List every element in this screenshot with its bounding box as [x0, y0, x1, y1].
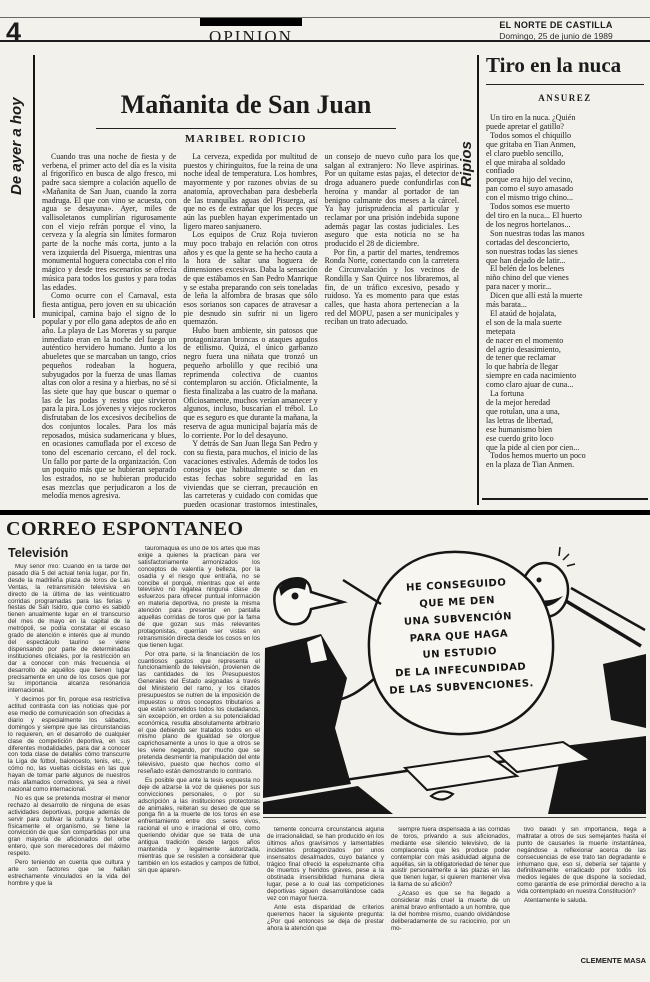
letter-paragraph: Ante esta disparidad de criterios querem… [267, 905, 384, 933]
letter-paragraph: temente concurra circunstancia alguna de… [267, 827, 384, 903]
article-paragraph: Cuando tras una noche de fiesta y de ver… [42, 153, 176, 292]
article-byline: MARIBEL RODICIO [45, 134, 447, 145]
letter-paragraph: siempre fuera dispensada a las corridas … [391, 827, 510, 889]
opinion-bar [200, 18, 302, 26]
article-paragraph: Como ocurre con el Carnaval, esta fiesta… [42, 292, 176, 501]
poem-bottom-rule [482, 498, 648, 500]
poem-text: Un tiro en la nuca. ¿Quién puede apretar… [486, 114, 648, 470]
cartoon-left-figure [263, 578, 351, 798]
left-vertical-rule [33, 55, 35, 318]
article-kicker: De ayer a hoy [8, 60, 25, 195]
letter-column-3: temente concurra circunstancia alguna de… [267, 827, 384, 976]
letter-paragraph: Por otra parte, si la financiación de lo… [138, 652, 260, 776]
letter-paragraph: ¿Acaso es que se ha llegado a considerar… [391, 891, 510, 932]
article-paragraph: La cerveza, expedida por multitud de pue… [183, 153, 317, 231]
letter-paragraph: Pero teniendo en cuenta que cultura y ar… [8, 860, 130, 888]
article-paragraph: Los equipos de Cruz Roja tuvieron muy po… [183, 231, 317, 327]
correo-section-title: CORREO ESPONTANEO [6, 518, 244, 541]
letter-column-1: Muy señor mío: Cuando en la tarde del pa… [8, 564, 130, 976]
editorial-cartoon: HE CONSEGUIDO QUE ME DEN UNA SUBVENCIÓN … [263, 546, 646, 814]
section-title: OPINION [200, 27, 302, 47]
header-bottom-rule [0, 40, 650, 42]
poem-title-rule [486, 84, 644, 85]
cartoon-speech-bubble: HE CONSEGUIDO QUE ME DEN UNA SUBVENCIÓN … [327, 552, 553, 734]
newspaper-page: 4 OPINION EL NORTE DE CASTILLA Domingo, … [0, 0, 650, 982]
poem-title: Tiro en la nuca [486, 55, 648, 76]
article-paragraph: Hubo buen ambiente, sin patosos que prot… [183, 327, 317, 440]
letter-paragraph: Muy señor mío: Cuando en la tarde del pa… [8, 564, 130, 695]
letter-title: Televisión [8, 546, 68, 560]
header-top-rule [0, 17, 650, 18]
article-title-rule [96, 128, 396, 129]
masthead-title: EL NORTE DE CASTILLA [498, 20, 614, 30]
section-divider-rule [0, 510, 650, 515]
article-title: Mañanita de San Juan [45, 92, 447, 118]
letter-paragraph: Y decimos por fin, porque esa restrictiv… [8, 697, 130, 794]
poem-kicker: Ripios [458, 92, 475, 187]
article-body: Cuando tras una noche de fiesta y de ver… [42, 153, 459, 517]
poem-byline: ANSUREZ [486, 93, 644, 103]
letter-paragraph: tauromaquia es uno de los artes que más … [138, 546, 260, 650]
letter-paragraph: Es posible que ante la tesis expuesta no… [138, 778, 260, 875]
article-paragraph: Por fin, a partir del martes, tendremos … [325, 249, 459, 327]
letter-column-2: tauromaquia es uno de los artes que más … [138, 546, 260, 976]
letter-signature: CLEMENTE MASA [517, 956, 646, 965]
cartoon-hatch-lines [561, 588, 645, 646]
letter-paragraph: tivo baladí y sin importancia, llega a m… [517, 827, 646, 896]
masthead: EL NORTE DE CASTILLA Domingo, 25 de juni… [498, 20, 614, 41]
cartoon-bottom-rule [263, 817, 646, 818]
right-vertical-rule [477, 55, 479, 505]
letter-paragraph: Atentamente le saluda. [517, 898, 646, 905]
section-header: OPINION [200, 18, 302, 47]
letter-paragraph: No es que se pretenda mostrar el menor r… [8, 796, 130, 858]
letter-column-5: tivo baladí y sin importancia, llega a m… [517, 827, 646, 953]
letter-column-4: siempre fuera dispensada a las corridas … [391, 827, 510, 976]
